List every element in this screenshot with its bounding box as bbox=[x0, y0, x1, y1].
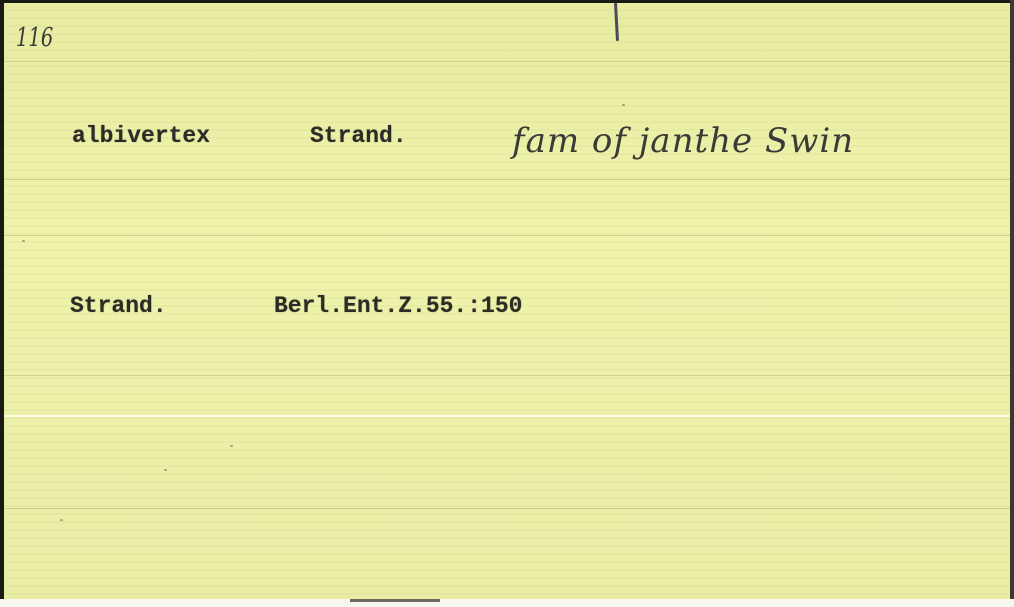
card-number: 116 bbox=[16, 23, 53, 53]
index-card: 116 albivertex Strand. fam of janthe Swi… bbox=[4, 3, 1010, 599]
ruled-line bbox=[4, 61, 1010, 62]
paper-speck bbox=[622, 104, 625, 106]
ruled-line bbox=[4, 375, 1010, 376]
scan-edge-right bbox=[1010, 0, 1014, 607]
paper-speck bbox=[230, 445, 233, 447]
reference-author: Strand. bbox=[70, 293, 167, 319]
scan-shadow bbox=[350, 599, 440, 602]
handwritten-note: fam of janthe Swin bbox=[512, 121, 854, 161]
paper-speck bbox=[60, 519, 63, 521]
paper-speck bbox=[22, 240, 25, 242]
paper-speck bbox=[164, 469, 167, 471]
reference-citation: Berl.Ent.Z.55.:150 bbox=[274, 293, 522, 319]
ruled-line bbox=[4, 508, 1010, 509]
species-name: albivertex bbox=[72, 123, 210, 149]
species-author: Strand. bbox=[310, 123, 407, 149]
fold-line bbox=[4, 415, 1010, 417]
ruled-line bbox=[4, 179, 1010, 180]
ruled-line bbox=[4, 235, 1010, 236]
pencil-tick-mark bbox=[614, 3, 619, 41]
scan-edge-bottom bbox=[0, 599, 1014, 607]
